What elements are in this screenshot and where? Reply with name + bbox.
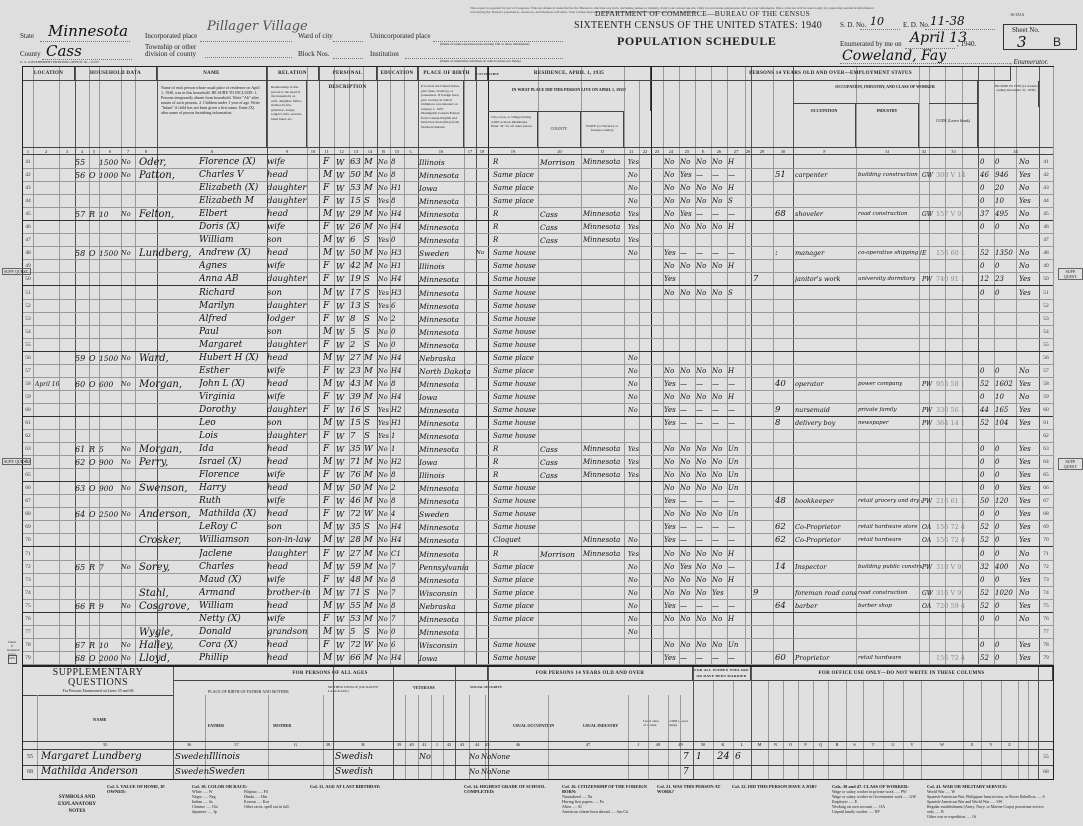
cell-surname bbox=[139, 260, 199, 273]
cell-grade: H4 bbox=[391, 652, 405, 665]
column-number: 11 bbox=[319, 147, 334, 155]
cell-farm35: No bbox=[628, 626, 644, 639]
cell-industry bbox=[858, 639, 922, 652]
cell-wages: 0 bbox=[995, 652, 1017, 665]
cell-c21: Yes bbox=[664, 404, 680, 417]
table-row: 5555MargaretdaughterFW2SNo0MinnesotaSame… bbox=[23, 339, 1053, 352]
cell-industry: road construction bbox=[858, 587, 922, 600]
cell-given: Harry bbox=[199, 482, 269, 495]
supp-column-number: 40 bbox=[405, 741, 418, 749]
cell-surname bbox=[139, 234, 199, 247]
cell-res-city: Same house bbox=[493, 247, 538, 260]
cell-cls bbox=[922, 156, 936, 169]
cell-birth: Minnesota bbox=[419, 613, 475, 626]
cell-value bbox=[99, 430, 121, 443]
unincorporated-label: Unincorporated place bbox=[370, 32, 430, 40]
cell-surname: Cosgrove, bbox=[139, 600, 199, 613]
cell-c26: 9 bbox=[753, 587, 773, 600]
cell-farm bbox=[121, 195, 135, 208]
cell-res-city bbox=[493, 626, 538, 639]
cell-res-state bbox=[583, 326, 627, 339]
cell-age: 6 bbox=[350, 234, 364, 247]
cell-c27: 62 bbox=[775, 534, 795, 547]
cell-weeks: 0 bbox=[980, 482, 994, 495]
cell-res-county: Cass bbox=[540, 221, 582, 234]
cell-farm: No bbox=[121, 156, 135, 169]
cell-res-city: Same house bbox=[493, 339, 538, 352]
cell-wages: 0 bbox=[995, 221, 1017, 234]
line-number: 76 bbox=[1039, 613, 1053, 626]
cell-c27 bbox=[775, 469, 795, 482]
cell-farm35 bbox=[628, 652, 644, 665]
mother-tongue-header: MOTHER TONGUE (OR NATIVE LANGUAGE) bbox=[328, 685, 388, 693]
county-label: County bbox=[20, 50, 41, 58]
cell-surname: Oder, bbox=[139, 156, 199, 169]
cell-marital: S bbox=[364, 339, 377, 352]
cell-c25: S bbox=[728, 195, 746, 208]
cell-res-city: Same house bbox=[493, 652, 538, 665]
fourteen-header: FOR PERSONS 14 YEARS OLD AND OVER bbox=[488, 667, 693, 681]
cell-farm35: No bbox=[628, 352, 644, 365]
cell-farm35 bbox=[628, 339, 644, 352]
table-row: 484858O1500NoLundberg,Andrew (X)headMW50… bbox=[23, 247, 1053, 260]
cell-c25: Un bbox=[728, 508, 746, 521]
cell-other: Yes bbox=[1019, 443, 1035, 456]
cell-c25: — bbox=[728, 378, 746, 391]
cell-c24: No bbox=[712, 574, 728, 587]
schedule-title: POPULATION SCHEDULE bbox=[617, 34, 777, 49]
cell-wages: 0 bbox=[995, 443, 1017, 456]
cell-weeks: 0 bbox=[980, 156, 994, 169]
cell-grade: H1 bbox=[391, 417, 405, 430]
table-row: 6262LoisdaughterFW7SYes1MinnesotaSame ho… bbox=[23, 430, 1053, 443]
cell-c27: 9 bbox=[775, 404, 795, 417]
supp-column-number: 35 bbox=[37, 741, 173, 749]
cell-res-state: Minnesota bbox=[583, 234, 627, 247]
cell-relation: wife bbox=[267, 574, 311, 587]
note-item: Other races, spell out in full. bbox=[244, 804, 292, 809]
cell-c23: No bbox=[696, 391, 712, 404]
cell-industry: co-operative shipping firm bbox=[858, 247, 922, 260]
cell-c26 bbox=[753, 561, 773, 574]
cell-marital: S bbox=[364, 587, 377, 600]
sd-label: S. D. No. bbox=[840, 21, 866, 29]
cell-own bbox=[89, 613, 99, 626]
cell-relation: son bbox=[267, 417, 311, 430]
cell-c21: No bbox=[664, 561, 680, 574]
table-row: 6767RuthwifeFW46MNo8MinnesotaSame houseY… bbox=[23, 495, 1053, 508]
cell-c21: Yes bbox=[664, 495, 680, 508]
table-row: 7777Wygle,DonaldgrandsonMW5SNo0Minnesota… bbox=[23, 626, 1053, 639]
group-relation: RELATION bbox=[267, 67, 319, 81]
cell-race: W bbox=[336, 548, 350, 561]
cell-school: Yes bbox=[378, 195, 391, 208]
cell-c25 bbox=[728, 234, 746, 247]
cell-c23 bbox=[696, 339, 712, 352]
cell-c24: No bbox=[712, 391, 728, 404]
line-number: 54 bbox=[23, 326, 33, 339]
cell-birth: Minnesota bbox=[419, 378, 475, 391]
table-row: 7070Crosker,Williamsonson-in-lawMW28MNoH… bbox=[23, 534, 1053, 547]
cell-industry bbox=[858, 287, 922, 300]
cell-own: O bbox=[89, 169, 99, 182]
cell-age: 19 bbox=[350, 273, 364, 286]
cell-wages: 0 bbox=[995, 287, 1017, 300]
line-number: 52 bbox=[23, 300, 33, 313]
cell-race: W bbox=[336, 208, 350, 221]
column-number: 4 bbox=[75, 147, 89, 155]
cell-c22: No bbox=[680, 391, 696, 404]
cell-house bbox=[75, 626, 89, 639]
cell-farm35: Yes bbox=[628, 156, 644, 169]
cell-value bbox=[99, 287, 121, 300]
cell-house bbox=[75, 300, 89, 313]
cell-birth: Wisconsin bbox=[419, 639, 475, 652]
cell-c26 bbox=[753, 417, 773, 430]
cell-surname bbox=[139, 548, 199, 561]
cell-value: 1000 bbox=[99, 169, 121, 182]
cell-other: Yes bbox=[1019, 652, 1035, 665]
cell-given: Elizabeth (X) bbox=[199, 182, 269, 195]
cell-school: No bbox=[378, 339, 391, 352]
column-number: 8 bbox=[135, 147, 157, 155]
cell-other: No bbox=[1019, 260, 1035, 273]
cell-c22 bbox=[680, 234, 696, 247]
cell-house: 59 bbox=[75, 352, 89, 365]
supp-quest-tag-55: SUPP. QUEST. bbox=[2, 268, 31, 275]
cell-industry bbox=[858, 339, 922, 352]
cell-c26 bbox=[753, 365, 773, 378]
cell-farm35: Yes bbox=[628, 234, 644, 247]
cell-street bbox=[35, 156, 59, 169]
cell-code bbox=[936, 339, 981, 352]
cell-farm35: Yes bbox=[628, 443, 644, 456]
cell-wages bbox=[995, 339, 1017, 352]
column-number: 30 bbox=[773, 147, 793, 155]
cell-given: Paul bbox=[199, 326, 269, 339]
cell-given: Donald bbox=[199, 626, 269, 639]
cell-given: Armand bbox=[199, 587, 269, 600]
cell-c26 bbox=[753, 456, 773, 469]
cell-res-city: Same house bbox=[493, 404, 538, 417]
cell-own bbox=[89, 273, 99, 286]
cell-given: Margaret bbox=[199, 339, 269, 352]
cell-given: Florence bbox=[199, 469, 269, 482]
ward-label: Ward of city bbox=[298, 32, 333, 40]
cell-cit bbox=[476, 208, 488, 221]
cell-c23 bbox=[696, 300, 712, 313]
supp-column-number: U bbox=[883, 741, 903, 749]
cell-res-city: Same house bbox=[493, 300, 538, 313]
cell-given: Anna AB bbox=[199, 273, 269, 286]
cell-c26 bbox=[753, 313, 773, 326]
table-row: 7474Stahl,Armandbrother-in-lawMW71SNo7Wi… bbox=[23, 587, 1053, 600]
cell-own bbox=[89, 365, 99, 378]
cell-value bbox=[99, 339, 121, 352]
cell-res-city: Same house bbox=[493, 417, 538, 430]
cell-birth: Minnesota bbox=[419, 313, 475, 326]
cell-grade: H4 bbox=[391, 352, 405, 365]
supp-name-header: NAME bbox=[93, 717, 107, 722]
cell-farm35 bbox=[628, 482, 644, 495]
cell-c27: 40 bbox=[775, 378, 795, 391]
cell-marital: S bbox=[364, 287, 377, 300]
cell-weeks bbox=[980, 326, 994, 339]
cell-age: 35 bbox=[350, 521, 364, 534]
line-number: 55 bbox=[1039, 339, 1053, 352]
cell-res-county bbox=[540, 521, 582, 534]
cell-surname bbox=[139, 365, 199, 378]
cell-wages: 0 bbox=[995, 534, 1017, 547]
cell-res-state: Minnesota bbox=[583, 548, 627, 561]
cell-grade: 8 bbox=[391, 600, 405, 613]
cell-farm: No bbox=[121, 561, 135, 574]
cell-wages: 946 bbox=[995, 169, 1017, 182]
cell-birth: Wisconsin bbox=[419, 587, 475, 600]
supp-cell-veteran: No bbox=[419, 750, 441, 764]
cell-house bbox=[75, 430, 89, 443]
explanatory-notes: SYMBOLS AND EXPLANATORY NOTES Col. 5. VA… bbox=[22, 782, 1054, 826]
cell-cit bbox=[476, 221, 488, 234]
line-number: 46 bbox=[1039, 221, 1053, 234]
cell-surname: Anderson, bbox=[139, 508, 199, 521]
cell-cit bbox=[476, 521, 488, 534]
cell-c24: — bbox=[712, 534, 728, 547]
table-row: 4343Elizabeth (X)daughterFW53MNoH1IowaSa… bbox=[23, 182, 1053, 195]
table-row: 454557R10NoFelton,ElbertheadMW29MNoH4Min… bbox=[23, 208, 1053, 221]
cell-c21: Yes bbox=[664, 273, 680, 286]
column-divider bbox=[1053, 67, 1054, 665]
cell-c21: No bbox=[664, 482, 680, 495]
line-number: 65 bbox=[1039, 469, 1053, 482]
supp-cell-line: 68 bbox=[23, 765, 37, 779]
cell-weeks: 0 bbox=[980, 456, 994, 469]
cell-cit bbox=[476, 287, 488, 300]
line-number: 42 bbox=[1039, 169, 1053, 182]
cell-c27 bbox=[775, 456, 795, 469]
cell-cls bbox=[922, 234, 936, 247]
cell-sex: F bbox=[323, 195, 335, 208]
cell-c25: Un bbox=[728, 443, 746, 456]
cell-relation: daughter bbox=[267, 182, 311, 195]
supp-cell-col48: 1 bbox=[696, 750, 712, 764]
cell-house: 62 bbox=[75, 456, 89, 469]
office-header: FOR OFFICE USE ONLY—DO NOT WRITE IN THES… bbox=[751, 667, 1053, 681]
cell-res-state bbox=[583, 378, 627, 391]
cell-wages: 165 bbox=[995, 404, 1017, 417]
cell-res-city: Same house bbox=[493, 287, 538, 300]
cell-c23: No bbox=[696, 469, 712, 482]
cell-c24: — bbox=[712, 600, 728, 613]
cell-cit bbox=[476, 352, 488, 365]
cell-street bbox=[35, 273, 59, 286]
cell-c22: — bbox=[680, 534, 696, 547]
cell-occupation bbox=[795, 352, 857, 365]
cell-c27: 68 bbox=[775, 208, 795, 221]
supp-cell-name: Margaret Lundberg bbox=[41, 750, 171, 764]
cell-value bbox=[99, 534, 121, 547]
cell-industry bbox=[858, 234, 922, 247]
cell-sex: M bbox=[323, 417, 335, 430]
cell-farm bbox=[121, 626, 135, 639]
cell-race: W bbox=[336, 443, 350, 456]
cell-industry bbox=[858, 508, 922, 521]
cell-street bbox=[35, 313, 59, 326]
cell-farm bbox=[121, 495, 135, 508]
cell-c22: Yes bbox=[680, 169, 696, 182]
cell-c27 bbox=[775, 273, 795, 286]
cell-res-city: Same place bbox=[493, 600, 538, 613]
cell-occupation bbox=[795, 156, 857, 169]
cell-sex: F bbox=[323, 365, 335, 378]
cell-other bbox=[1019, 300, 1035, 313]
line-number: 52 bbox=[1039, 300, 1053, 313]
cell-street bbox=[35, 182, 59, 195]
cell-c25: H bbox=[728, 613, 746, 626]
cell-value bbox=[99, 313, 121, 326]
cell-farm: No bbox=[121, 208, 135, 221]
cell-res-state bbox=[583, 561, 627, 574]
cell-other: Yes bbox=[1019, 469, 1035, 482]
cell-res-city: Same place bbox=[493, 169, 538, 182]
cell-school: No bbox=[378, 273, 391, 286]
cell-c22 bbox=[680, 339, 696, 352]
line-number: 67 bbox=[1039, 495, 1053, 508]
note-col14: Col. 14. HIGHEST GRADE OF SCHOOL COMPLET… bbox=[464, 784, 554, 794]
cell-street bbox=[35, 574, 59, 587]
cell-cit bbox=[476, 574, 488, 587]
cell-marital: S bbox=[364, 626, 377, 639]
cell-age: 28 bbox=[350, 534, 364, 547]
farm-checkbox[interactable] bbox=[8, 655, 17, 664]
supp-column-number: 41 bbox=[418, 741, 431, 749]
cell-surname: Lloyd, bbox=[139, 652, 199, 665]
cell-c22: No bbox=[680, 156, 696, 169]
cell-marital: M bbox=[364, 260, 377, 273]
cell-street bbox=[35, 652, 59, 665]
cell-age: 7 bbox=[350, 430, 364, 443]
cell-race: W bbox=[336, 508, 350, 521]
table-row: 5757EstherwifeFW23MNoH4North DakotaSame … bbox=[23, 365, 1053, 378]
cell-c25: — bbox=[728, 495, 746, 508]
cell-value bbox=[99, 273, 121, 286]
cell-c22: No bbox=[680, 482, 696, 495]
cell-c23: No bbox=[696, 561, 712, 574]
cell-cls: PW bbox=[922, 404, 936, 417]
cell-c22: No bbox=[680, 469, 696, 482]
cell-cit bbox=[476, 169, 488, 182]
cell-res-county bbox=[540, 417, 582, 430]
cell-value bbox=[99, 613, 121, 626]
cell-farm bbox=[121, 521, 135, 534]
cell-relation: son-in-law bbox=[267, 534, 311, 547]
cell-industry bbox=[858, 195, 922, 208]
cell-value bbox=[99, 587, 121, 600]
cell-sex: F bbox=[323, 508, 335, 521]
cell-weeks: 0 bbox=[980, 508, 994, 521]
cell-weeks: 0 bbox=[980, 221, 994, 234]
cell-farm35 bbox=[628, 495, 644, 508]
cell-c21: No bbox=[664, 587, 680, 600]
cell-given: Marilyn bbox=[199, 300, 269, 313]
column-number: C bbox=[404, 147, 418, 155]
cell-age: 50 bbox=[350, 169, 364, 182]
cell-industry bbox=[858, 626, 922, 639]
cell-c24: — bbox=[712, 417, 728, 430]
cell-race: W bbox=[336, 195, 350, 208]
cell-c24: — bbox=[712, 169, 728, 182]
cell-weeks: 0 bbox=[980, 469, 994, 482]
cell-res-county bbox=[540, 313, 582, 326]
cell-res-state bbox=[583, 300, 627, 313]
column-number: 22 bbox=[639, 147, 651, 155]
column-number: A bbox=[157, 147, 267, 155]
cell-c22: — bbox=[680, 417, 696, 430]
cell-cls: OA bbox=[922, 600, 936, 613]
cell-birth: Pennsylvania bbox=[419, 561, 475, 574]
cell-marital: W bbox=[364, 639, 377, 652]
cell-surname bbox=[139, 195, 199, 208]
cell-c22 bbox=[680, 300, 696, 313]
line-number: 58 bbox=[23, 378, 33, 391]
supp-column-divider bbox=[680, 695, 681, 779]
cell-wages bbox=[995, 234, 1017, 247]
cell-sex: M bbox=[323, 208, 335, 221]
cell-farm35 bbox=[628, 313, 644, 326]
cell-marital: M bbox=[364, 221, 377, 234]
cell-c25 bbox=[728, 430, 746, 443]
cell-c21: No bbox=[664, 287, 680, 300]
table-row: 5353AlfredlodgerFW8SNo2MinnesotaSame hou… bbox=[23, 313, 1053, 326]
cell-value bbox=[99, 300, 121, 313]
cell-occupation bbox=[795, 469, 857, 482]
cell-farm bbox=[121, 430, 135, 443]
cell-age: 2 bbox=[350, 339, 364, 352]
cell-school: No bbox=[378, 482, 391, 495]
cell-own: O bbox=[89, 508, 99, 521]
line-number: 62 bbox=[1039, 430, 1053, 443]
cell-value bbox=[99, 195, 121, 208]
line-number: 41 bbox=[1039, 156, 1053, 169]
cell-given: John L (X) bbox=[199, 378, 269, 391]
cell-school: No bbox=[378, 391, 391, 404]
cell-res-state bbox=[583, 404, 627, 417]
cell-farm35: Yes bbox=[628, 221, 644, 234]
cell-surname: Morgan, bbox=[139, 378, 199, 391]
cell-code bbox=[936, 260, 981, 273]
cell-res-county bbox=[540, 273, 582, 286]
cell-house bbox=[75, 613, 89, 626]
cell-c26 bbox=[753, 208, 773, 221]
cell-farm bbox=[121, 313, 135, 326]
cell-c24: No bbox=[712, 456, 728, 469]
cell-age: 72 bbox=[350, 639, 364, 652]
cell-given: William bbox=[199, 600, 269, 613]
cell-weeks: 0 bbox=[980, 613, 994, 626]
cell-surname: Ward, bbox=[139, 352, 199, 365]
cell-res-state bbox=[583, 600, 627, 613]
cell-c27 bbox=[775, 234, 795, 247]
cell-school: No bbox=[378, 561, 391, 574]
cell-house: 60 bbox=[75, 378, 89, 391]
table-row: 4949AgneswifeFW42MNoH1IllinoisSame house… bbox=[23, 260, 1053, 273]
cell-cls bbox=[922, 469, 936, 482]
cell-c24: No bbox=[712, 182, 728, 195]
cell-race: W bbox=[336, 365, 350, 378]
cell-other: Yes bbox=[1019, 169, 1035, 182]
cell-c25 bbox=[728, 587, 746, 600]
cell-sex: M bbox=[323, 534, 335, 547]
